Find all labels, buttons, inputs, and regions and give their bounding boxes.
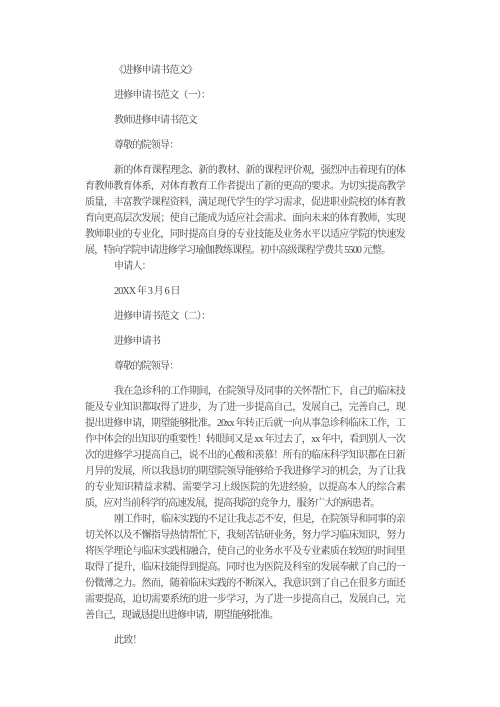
section-1-label: 进修申请书范文（一）： — [85, 88, 405, 104]
paragraph-sports-teacher: 新的体育课程理念、新的教材、新的课程评价观，强烈冲击着现有的体育教师教育体系，对… — [85, 163, 405, 259]
closing-respectfully: 此致！ — [85, 633, 405, 649]
document-page: 《进修申请书范文》 进修申请书范文（一）： 教师进修申请书范文 尊敬的院领导： … — [0, 0, 500, 707]
paragraph-er-doctor-1: 我在急诊科的工作期间，在院领导及同事的关怀帮忙下，自己的临床技能及专业知识都取得… — [85, 384, 405, 512]
paragraph-er-doctor-2: 刚工作时，临床实践的不足让我忐忑不安，但是，在院领导和同事的亲切关怀以及不懈指导… — [85, 512, 405, 624]
document-body: 《进修申请书范文》 进修申请书范文（一）： 教师进修申请书范文 尊敬的院领导： … — [85, 63, 405, 658]
application-date: 20XX 年 3 月 6 日 — [85, 284, 405, 300]
salutation-2: 尊敬的院领导： — [85, 359, 405, 375]
applicant-label: 申请人： — [85, 259, 405, 275]
section-2-label: 进修申请书范文（二）： — [85, 309, 405, 325]
section-2-subtitle: 进修申请书 — [85, 334, 405, 350]
section-1-subtitle: 教师进修申请书范文 — [85, 113, 405, 129]
document-title: 《进修申请书范文》 — [85, 63, 405, 79]
salutation-1: 尊敬的院领导： — [85, 138, 405, 154]
